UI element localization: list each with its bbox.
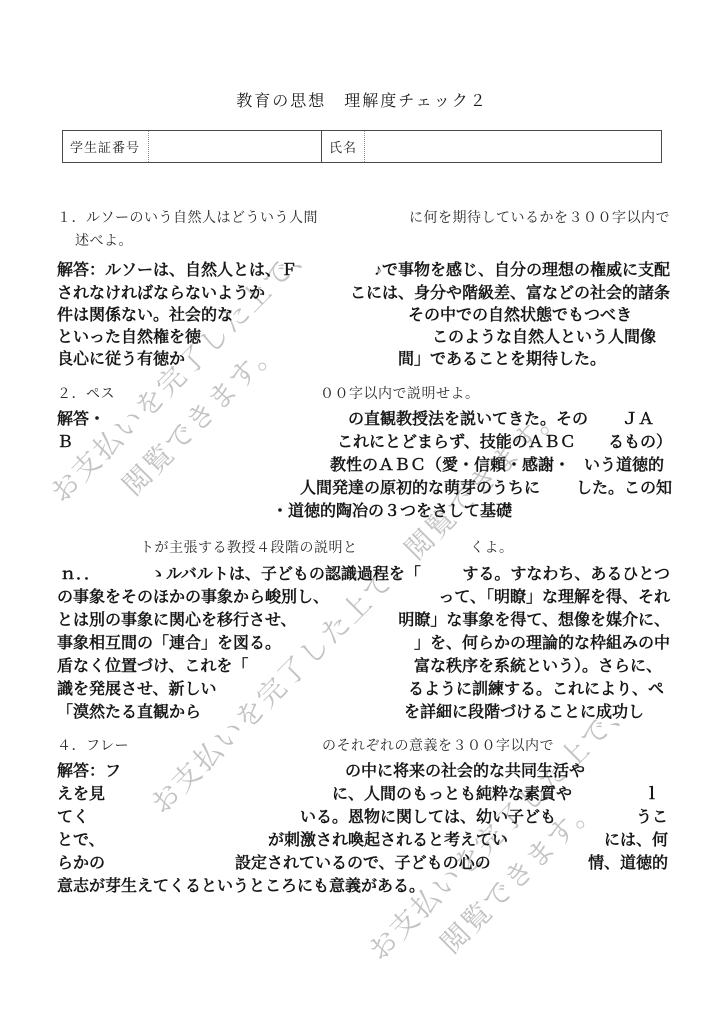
text-fragment: とで、 [57, 827, 105, 850]
text-line: 解答：フの中に将来の社会的な共同生活や [0, 758, 724, 780]
text-fragment: ・道徳的陶冶の３つをさして基礎 [272, 498, 512, 521]
text-line: 解答・の直観教授法を説いてきた。そのＪＡ [0, 406, 724, 428]
text-fragment: Ｂ [57, 429, 73, 452]
text-fragment: には、何 [604, 827, 668, 850]
text-line: の事象をそのほかの事象から峻別し、って、「明瞭」な理解を得、それ [0, 584, 724, 606]
text-fragment: 盾なく位置づけ、これを「 [57, 653, 248, 676]
text-fragment: 情、道徳的 [588, 850, 668, 873]
text-fragment: 意志が芽生えてくるというところにも意義がある。 [57, 873, 425, 896]
text-fragment: ＪＡ [622, 406, 654, 429]
text-fragment: 設定されているので、子どもの心の [235, 850, 491, 873]
text-line: ｎ．．ゝルバルトは、子どもの認識過程を「する。すなわち、あるひとつ [0, 561, 724, 583]
text-fragment: が刺激され喚起されると考えてい [268, 827, 508, 850]
text-line: 人間発達の原初的な萌芽のうちにした。この知 [0, 475, 724, 497]
text-line: 意志が芽生えてくるというところにも意義がある。 [0, 873, 724, 895]
text-fragment: こには、身分や階級差、富などの社会的諸条 [350, 280, 670, 303]
text-fragment: 教性のＡＢＣ（愛・信頼・感謝・ [330, 452, 570, 475]
text-line: 教性のＡＢＣ（愛・信頼・感謝・いう道徳的 [0, 452, 724, 474]
text-line: 盾なく位置づけ、これを「富な秩序を系統という）。さらに、 [0, 653, 724, 675]
text-fragment: トが主張する教授４段階の説明と [140, 537, 358, 557]
text-fragment: 」を、何らかの理論的な枠組みの中 [414, 630, 670, 653]
text-line: Ｂこれにとどまらず、技能のＡＢＣるもの） [0, 429, 724, 451]
text-fragment: その中での自然状態でもつべき [408, 302, 632, 325]
text-fragment: 述べよ。 [75, 230, 133, 250]
text-fragment: このような自然人という人間像 [432, 324, 656, 347]
text-fragment: ２．ペス [57, 383, 115, 403]
text-fragment: といった自然権を徳 [57, 324, 201, 347]
text-fragment: の中に将来の社会的な共同生活や [345, 758, 585, 781]
text-fragment: いる。恩物に関しては、幼い子ども [300, 804, 556, 827]
student-id-label: 学生証番号 [63, 131, 148, 162]
text-line: とで、が刺激され喚起されると考えていには、何 [0, 827, 724, 849]
text-line: といった自然権を徳このような自然人という人間像 [0, 324, 724, 346]
text-fragment: これにとどまらず、技能のＡＢＣ [337, 429, 576, 452]
text-fragment: １．ルソーのいう自然人はどういう人間 [57, 207, 318, 227]
text-line: されなければならないようかこには、身分や階級差、富などの社会的諸条 [0, 280, 724, 302]
text-line: ・道徳的陶冶の３つをさして基礎 [0, 498, 724, 520]
text-fragment: ４．フレー [57, 735, 129, 755]
text-fragment: くよ。 [470, 537, 514, 557]
text-fragment: ゝルバルトは、子どもの認識過程を「 [150, 561, 421, 584]
text-fragment: する。すなわち、あるひとつ [462, 561, 670, 584]
text-fragment: 明瞭」な事象を得て、想像を媒介に、 [398, 607, 670, 630]
text-line: とは別の事象に関心を移行させ、明瞭」な事象を得て、想像を媒介に、 [0, 607, 724, 629]
text-line: らかの設定されているので、子どもの心の情、道徳的 [0, 850, 724, 872]
text-fragment: うこ [636, 804, 668, 827]
text-fragment: るように訓練する。これにより、ペ [408, 676, 664, 699]
text-fragment: の事象をそのほかの事象から峻別し、 [57, 584, 329, 607]
text-fragment: 事象相互間の「連合」を図る。 [57, 630, 281, 653]
text-line: 事象相互間の「連合」を図る。」を、何らかの理論的な枠組みの中 [0, 630, 724, 652]
text-fragment: ００字以内で説明せよ。 [320, 383, 480, 403]
text-fragment: 「漠然たる直観から [57, 699, 201, 722]
text-fragment: 解答：ルソーは、自然人とは、Ｆ [57, 257, 297, 280]
text-line: ４．フレーのそれぞれの意義を３００字以内で [0, 735, 724, 757]
text-line: 良心に従う有徳か間」であることを期待した。 [0, 346, 724, 368]
text-fragment: 解答：フ [57, 758, 121, 781]
text-fragment: てく [57, 804, 89, 827]
name-field[interactable] [364, 131, 661, 162]
name-label: 氏名 [321, 131, 364, 162]
text-fragment: のそれぞれの意義を３００字以内で [322, 735, 554, 755]
text-fragment: えを見 [57, 781, 105, 804]
text-fragment: 良心に従う有徳か [57, 346, 185, 369]
text-fragment: の直観教授法を説いてきた。その [348, 406, 588, 429]
text-fragment: とは別の事象に関心を移行させ、 [57, 607, 297, 630]
text-line: ２．ペス００字以内で説明せよ。 [0, 383, 724, 405]
text-fragment: らかの [57, 850, 105, 873]
text-fragment: に、人間のもっとも純粋な素質や [332, 781, 572, 804]
text-fragment: した。この知 [576, 475, 672, 498]
text-line: 解答：ルソーは、自然人とは、Ｆ♪で事物を感じ、自分の理想の権威に支配 [0, 257, 724, 279]
text-fragment: 解答・ [57, 406, 105, 429]
text-fragment: に何を期待しているかを３００字以内で [409, 207, 670, 227]
worksheet-page: 教育の思想 理解度チェック２ 学生証番号 氏名 お支払いを完了した上で、閲覧でき… [0, 0, 724, 1024]
text-fragment: 識を発展させ、新しい [57, 676, 217, 699]
page-title: 教育の思想 理解度チェック２ [0, 88, 724, 111]
text-fragment: 件は関係ない。社会的な [57, 302, 233, 325]
text-fragment: って、「明瞭」な理解を得、それ [438, 584, 670, 607]
text-line: 件は関係ない。社会的なその中での自然状態でもつべき [0, 302, 724, 324]
text-fragment: いう道徳的 [584, 452, 664, 475]
text-line: １．ルソーのいう自然人はどういう人間に何を期待しているかを３００字以内で [0, 207, 724, 229]
text-line: えを見に、人間のもっとも純粋な素質やｌ [0, 781, 724, 803]
text-fragment: を詳細に段階づけることに成功し [404, 699, 644, 722]
text-fragment: 人間発達の原初的な萌芽のうちに [300, 475, 540, 498]
text-line: てくいる。恩物に関しては、幼い子どもうこ [0, 804, 724, 826]
text-fragment: るもの） [608, 429, 672, 452]
text-line: 「漠然たる直観からを詳細に段階づけることに成功し [0, 699, 724, 721]
text-fragment: ｎ．． [60, 561, 100, 584]
text-fragment: ｌ [644, 781, 660, 804]
text-line: 識を発展させ、新しいるように訓練する。これにより、ペ [0, 676, 724, 698]
text-fragment: ♪で事物を感じ、自分の理想の権威に支配 [374, 257, 670, 280]
text-fragment: されなければならないようか [57, 280, 265, 303]
text-fragment: 富な秩序を系統という）。さらに、 [414, 653, 662, 676]
text-line: トが主張する教授４段階の説明とくよ。 [0, 537, 724, 559]
text-fragment: 間」であることを期待した。 [398, 346, 606, 369]
text-line: 述べよ。 [0, 230, 724, 252]
student-id-field[interactable] [148, 131, 321, 162]
student-info-table: 学生証番号 氏名 [62, 130, 662, 163]
